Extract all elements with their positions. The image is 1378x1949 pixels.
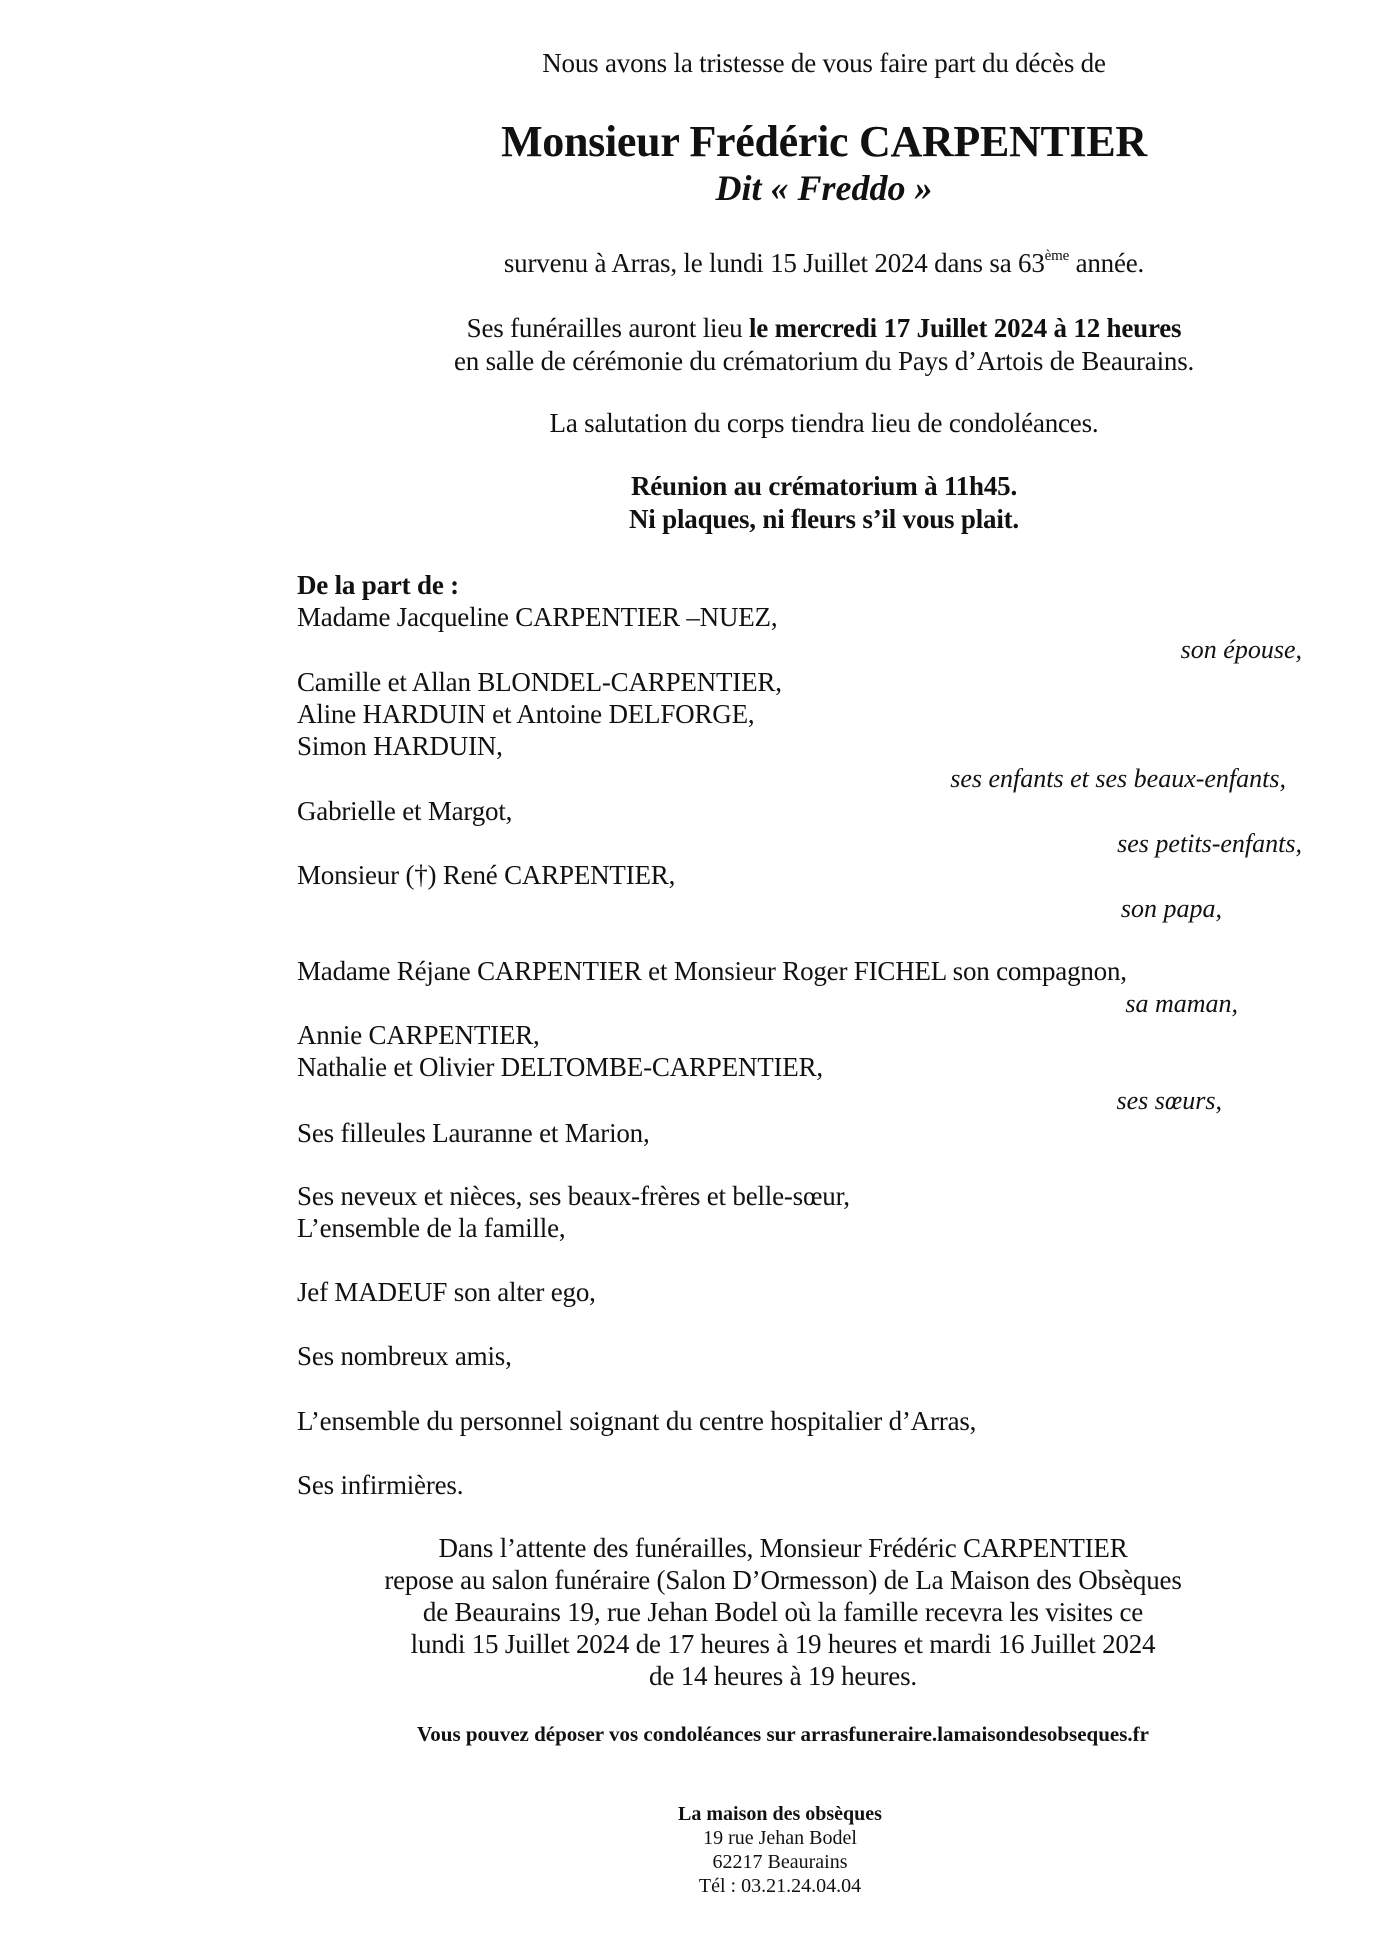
family-line: Nathalie et Olivier DELTOMBE-CARPENTIER,: [297, 1054, 823, 1081]
visitation-line: de 14 heures à 19 heures.: [0, 1663, 1378, 1690]
funeral-line-2: en salle de cérémonie du crématorium du …: [0, 348, 1378, 375]
family-line: Madame Jacqueline CARPENTIER –NUEZ,: [297, 604, 777, 631]
footer-company: La maison des obsèques: [0, 1804, 1378, 1824]
funeral-line-1: Ses funérailles auront lieu le mercredi …: [0, 315, 1378, 342]
visitation-line: de Beaurains 19, rue Jehan Bodel où la f…: [0, 1599, 1378, 1626]
no-flowers-note: Ni plaques, ni fleurs s’il vous plait.: [0, 506, 1378, 533]
footer-phone: Tél : 03.21.24.04.04: [0, 1876, 1378, 1896]
family-role: ses enfants et ses beaux-enfants,: [950, 766, 1286, 792]
meeting-note: Réunion au crématorium à 11h45.: [0, 473, 1378, 500]
family-role: ses petits-enfants,: [1117, 831, 1302, 857]
family-line: Aline HARDUIN et Antoine DELFORGE,: [297, 701, 754, 728]
visitation-line: repose au salon funéraire (Salon D’Ormes…: [0, 1567, 1378, 1594]
family-line: Gabrielle et Margot,: [297, 798, 512, 825]
family-role: son papa,: [1121, 896, 1222, 922]
family-line: Simon HARDUIN,: [297, 733, 503, 760]
family-line: Annie CARPENTIER,: [297, 1022, 540, 1049]
condolences-note: La salutation du corps tiendra lieu de c…: [0, 410, 1378, 437]
family-role: son épouse,: [1181, 637, 1302, 663]
online-condolences-link[interactable]: Vous pouvez déposer vos condoléances sur…: [0, 1724, 1378, 1745]
deceased-name: Monsieur Frédéric CARPENTIER: [0, 120, 1378, 164]
family-role: ses sœurs,: [1117, 1088, 1222, 1114]
footer-street: 19 rue Jehan Bodel: [0, 1828, 1378, 1848]
family-line: Ses filleules Lauranne et Marion,: [297, 1120, 650, 1147]
family-role: sa maman,: [1125, 991, 1238, 1017]
family-line: Ses nombreux amis,: [297, 1343, 512, 1370]
intro-text: Nous avons la tristesse de vous faire pa…: [0, 50, 1378, 77]
family-line: Camille et Allan BLONDEL-CARPENTIER,: [297, 669, 782, 696]
death-text-before: survenu à Arras, le lundi 15 Juillet 202…: [504, 248, 1045, 278]
family-line: Ses neveux et nièces, ses beaux-frères e…: [297, 1183, 850, 1210]
visitation-line: lundi 15 Juillet 2024 de 17 heures à 19 …: [0, 1631, 1378, 1658]
funeral-intro: Ses funérailles auront lieu: [467, 313, 749, 343]
visitation-line: Dans l’attente des funérailles, Monsieur…: [0, 1535, 1378, 1562]
family-line: L’ensemble de la famille,: [297, 1215, 565, 1242]
death-notice: survenu à Arras, le lundi 15 Juillet 202…: [0, 250, 1378, 277]
footer-city: 62217 Beaurains: [0, 1852, 1378, 1872]
family-line: Ses infirmières.: [297, 1472, 463, 1499]
family-line: Jef MADEUF son alter ego,: [297, 1279, 596, 1306]
family-line: Monsieur (†) René CARPENTIER,: [297, 862, 675, 889]
death-text-after: année.: [1069, 248, 1144, 278]
family-line: Madame Réjane CARPENTIER et Monsieur Rog…: [297, 958, 1127, 985]
family-heading: De la part de :: [297, 572, 459, 599]
obituary-page: Nous avons la tristesse de vous faire pa…: [0, 0, 1378, 1949]
family-line: L’ensemble du personnel soignant du cent…: [297, 1408, 976, 1435]
deceased-nickname: Dit « Freddo »: [0, 170, 1378, 206]
funeral-date: le mercredi 17 Juillet 2024 à 12 heures: [749, 313, 1181, 343]
death-superscript: ème: [1045, 248, 1069, 264]
